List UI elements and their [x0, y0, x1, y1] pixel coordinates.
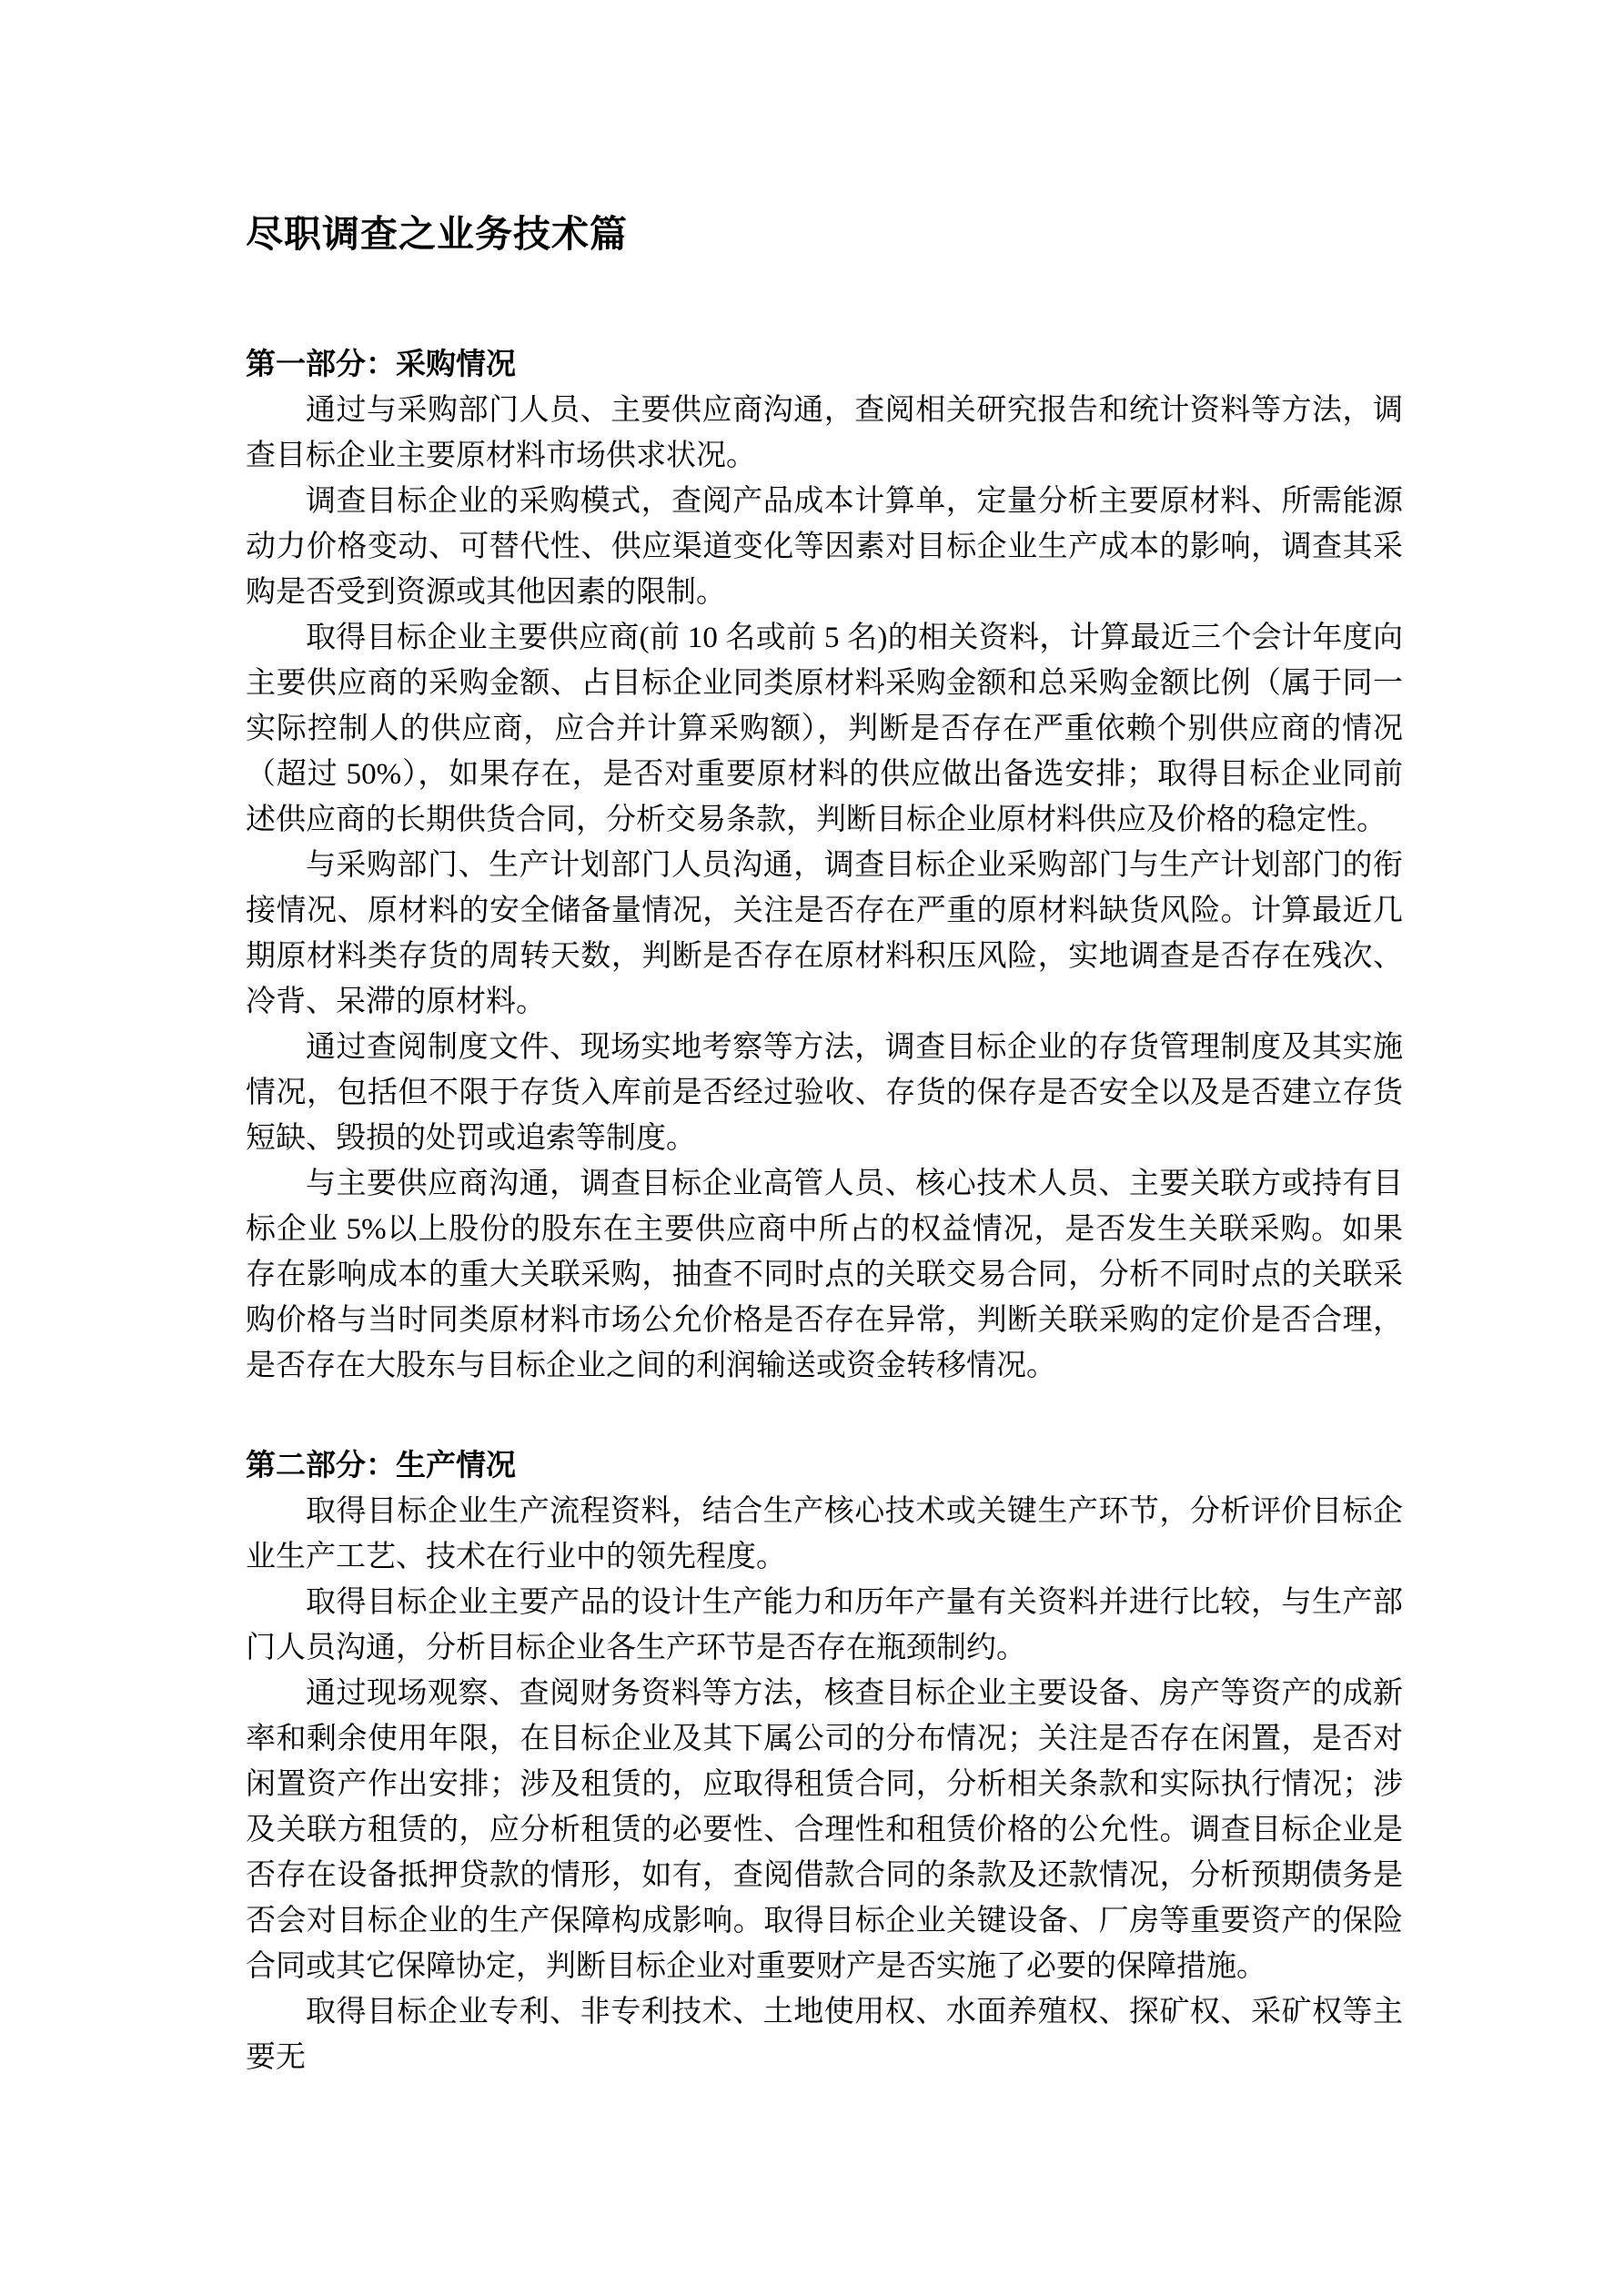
section-1-heading: 第一部分：采购情况	[246, 342, 1403, 388]
section-1-paragraph-5: 通过查阅制度文件、现场实地考察等方法，调查目标企业的存货管理制度及其实施情况，包…	[246, 1025, 1403, 1161]
section-2-paragraph-2: 取得目标企业主要产品的设计生产能力和历年产量有关资料并进行比较，与生产部门人员沟…	[246, 1580, 1403, 1671]
section-1-paragraph-6: 与主要供应商沟通，调查目标企业高管人员、核心技术人员、主要关联方或持有目标企业 …	[246, 1161, 1403, 1389]
section-2-paragraph-1: 取得目标企业生产流程资料，结合生产核心技术或关键生产环节，分析评价目标企业生产工…	[246, 1489, 1403, 1580]
section-1-paragraph-3: 取得目标企业主要供应商(前 10 名或前 5 名)的相关资料，计算最近三个会计年…	[246, 615, 1403, 843]
section-1-paragraph-1: 通过与采购部门人员、主要供应商沟通，查阅相关研究报告和统计资料等方法，调查目标企…	[246, 388, 1403, 479]
section-2-paragraph-3: 通过现场观察、查阅财务资料等方法，核查目标企业主要设备、房产等资产的成新率和剩余…	[246, 1671, 1403, 1989]
section-procurement: 第一部分：采购情况 通过与采购部门人员、主要供应商沟通，查阅相关研究报告和统计资…	[246, 342, 1403, 1389]
section-1-paragraph-4: 与采购部门、生产计划部门人员沟通，调查目标企业采购部门与生产计划部门的衔接情况、…	[246, 843, 1403, 1025]
section-1-paragraph-2: 调查目标企业的采购模式，查阅产品成本计算单，定量分析主要原材料、所需能源动力价格…	[246, 479, 1403, 615]
section-2-heading: 第二部分：生产情况	[246, 1443, 1403, 1489]
section-production: 第二部分：生产情况 取得目标企业生产流程资料，结合生产核心技术或关键生产环节，分…	[246, 1443, 1403, 2080]
section-2-paragraph-4: 取得目标企业专利、非专利技术、土地使用权、水面养殖权、探矿权、采矿权等主要无	[246, 1989, 1403, 2080]
document-title: 尽职调查之业务技术篇	[246, 207, 1403, 261]
document-page: 尽职调查之业务技术篇 第一部分：采购情况 通过与采购部门人员、主要供应商沟通，查…	[0, 0, 1624, 2296]
